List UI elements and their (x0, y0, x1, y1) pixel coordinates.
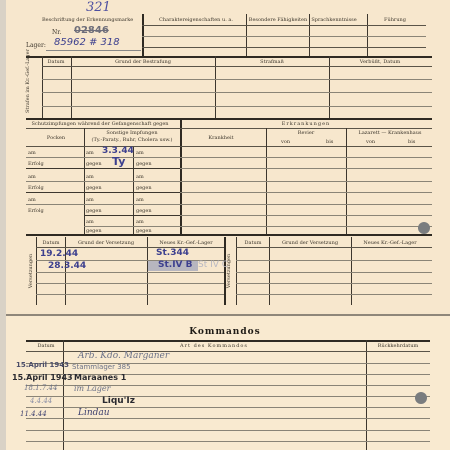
kommando-art-3: im Lager (74, 384, 110, 393)
impf-erfolg-3: Erfolg (28, 208, 44, 214)
kommandos-col-datum: Datum (38, 343, 55, 349)
punch-hole-2 (415, 392, 427, 404)
impf-pocken-am-3: am (28, 197, 36, 203)
impf-sonst2-am-1: am (136, 150, 144, 156)
kommando-datum-5: 11.4.44 (20, 410, 47, 418)
index-card: 321 Beschriftung der Erkennungsmarke Nr.… (6, 0, 450, 450)
versetzung-lager-2: St.IV B (158, 260, 193, 270)
strafen-col-grund: Grund der Bestrafung (115, 59, 171, 65)
lazarett-bis: bis (408, 139, 415, 145)
strafen-col-datum: Datum (48, 59, 65, 65)
impf-gegen-2b: gegen (136, 185, 152, 191)
versetzungen-col-lager-left: Neues Kr.-Gef.-Lager (159, 240, 212, 246)
impf-pocken-am-2: am (28, 174, 36, 180)
impf-sonst1-am-1: am (86, 150, 94, 156)
erkrankungen-col-lazarett: Lazarett — Krankenhaus (359, 130, 422, 136)
impf-gegen-2a: gegen (86, 185, 102, 191)
versetzungen-side-label-left: Versetzungen (28, 246, 34, 296)
impfungen-col-pocken: Pocken (47, 135, 65, 141)
lazarett-von: von (366, 139, 375, 145)
lager-label: Lager: (26, 42, 46, 49)
impf-pocken-am-1: am (28, 150, 36, 156)
impf-gegen-1a: gegen (86, 161, 102, 167)
impf-sonst1-am-4: am (86, 219, 94, 225)
header-col-faehigkeiten: Besondere Fähigkeiten (249, 17, 307, 23)
kommandos-title: Kommandos (189, 327, 260, 337)
impfungen-col-sonstige-sub: (Ty.-Paraty., Ruhr, Cholera usw.) (92, 137, 173, 143)
versetzungen-side-label-right: Versetzungen (226, 246, 232, 296)
impf-sonst1-am-2: am (86, 174, 94, 180)
kommando-datum-3: 18.1.7.44 (24, 384, 57, 392)
impfungen-col-sonstige: Sonstige Impfungen (106, 130, 157, 136)
versetzungen-col-grund-left: Grund der Versetzung (78, 240, 134, 246)
erkrankungen-title: Erkrankungen (282, 121, 331, 127)
versetzung-datum-1: 19.2.44 (40, 249, 78, 259)
impf-sonst1-am-3: am (86, 197, 94, 203)
kommando-art-2: Maraanes 1 (74, 373, 126, 382)
revier-bis: bis (326, 139, 333, 145)
impf-gegen-3a: gegen (86, 208, 102, 214)
punch-hole-1 (418, 222, 430, 234)
kommando-art-4: Liqu'Iz (102, 396, 135, 406)
revier-von: von (281, 139, 290, 145)
kommando-datum-1: 15.April 1943 (16, 361, 69, 369)
strafen-col-strafmass: Strafmaß (260, 59, 284, 65)
impf-sonst2-am-2: am (136, 174, 144, 180)
kommando-note-1: Stammlager 385 (72, 363, 131, 371)
impfungen-title: Schutzimpfungen während der Gefangenscha… (31, 121, 168, 127)
kommando-art-5: Lindau (78, 408, 110, 418)
versetzungen-col-grund-right: Grund der Versetzung (282, 240, 338, 246)
header-col-charakter: Charaktereigenschaften u. a. (159, 17, 233, 23)
erkrankungen-col-revier: Revier (298, 130, 315, 136)
impf-gegen-3b: gegen (136, 208, 152, 214)
versetzungen-col-datum-right: Datum (245, 240, 262, 246)
versetzung-lager-1: St.344 (156, 248, 189, 258)
impf-gegen-1b: gegen (136, 161, 152, 167)
header-col-sprachen: Sprachkenntnisse (311, 17, 356, 23)
lager-underline (46, 50, 141, 51)
header-col-fuehrung: Führung (384, 17, 406, 23)
impf-sonst2-am-4: am (136, 219, 144, 225)
versetzung-datum-2: 28.3.44 (48, 261, 86, 271)
header-divider (142, 14, 144, 56)
marke-label: Beschriftung der Erkennungsmarke (42, 17, 133, 23)
nr-label: Nr. (52, 29, 61, 36)
kommando-datum-2: 15.April 1943 (12, 373, 73, 382)
impf-sonst2-am-3: am (136, 197, 144, 203)
erkrankungen-col-krankheit: Krankheit (208, 135, 233, 141)
strafen-col-verbuesst: Verbüßt, Datum (360, 59, 400, 65)
versetzungen-col-lager-right: Neues Kr.-Gef.-Lager (363, 240, 416, 246)
nr-value: 02846 (74, 25, 109, 36)
top-number: 321 (86, 0, 111, 15)
strafen-side-label: Strafen im Kr.-Gef.-Lager (25, 53, 31, 113)
impf-gegen-value: Ty (112, 155, 125, 168)
kommandos-col-art: Art des Kommandos (180, 343, 248, 349)
impf-erfolg-1: Erfolg (28, 161, 44, 167)
versetzung-overstamp: St IV C (198, 260, 228, 270)
kommandos-col-rueckkehr: Rückkehrdatum (378, 343, 419, 349)
kommando-datum-4: 4.4.44 (30, 397, 52, 405)
kommando-art-1: Arb. Kdo. Marganer (78, 351, 169, 361)
lager-value: 85962 # 318 (54, 37, 120, 48)
impf-erfolg-2: Erfolg (28, 185, 44, 191)
versetzungen-col-datum-left: Datum (43, 240, 60, 246)
